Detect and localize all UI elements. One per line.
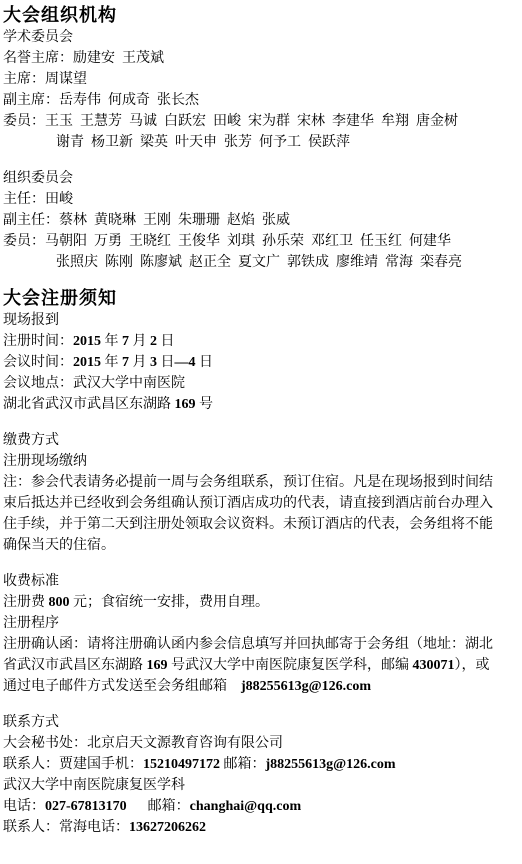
bold-text-segment: j88255613g@126.com bbox=[241, 679, 371, 694]
text-line: 联系方式 bbox=[3, 712, 520, 733]
text-segment: 省武汉市武昌区东湖路 bbox=[3, 658, 147, 673]
paragraph-spacer bbox=[3, 697, 520, 712]
text-segment: 注册费 bbox=[3, 595, 49, 610]
text-line: 通过电子邮件方式发送至会务组邮箱 j88255613g@126.com bbox=[3, 676, 520, 697]
text-line: 大会秘书处：北京启天文源教育咨询有限公司 bbox=[3, 733, 520, 754]
text-line: 注：参会代表请务必提前一周与会务组联系，预订住宿。凡是在现场报到时间结 bbox=[3, 472, 520, 493]
text-line: 联系人：常海电话：13627206262 bbox=[3, 817, 520, 838]
text-segment: 会议时间： bbox=[3, 355, 73, 370]
text-segment: 张照庆 陈刚 陈廖斌 赵正全 夏文广 郭铁成 廖维靖 常海 栾春亮 bbox=[56, 255, 462, 270]
text-line: 名誉主席：励建安 王茂斌 bbox=[3, 48, 520, 69]
text-segment: 委员：王玉 王慧芳 马诚 白跃宏 田峻 宋为群 宋林 李建华 牟翔 唐金树 bbox=[3, 114, 458, 129]
bold-text-segment: 2015 bbox=[73, 355, 101, 370]
bold-text-segment: 169 bbox=[175, 397, 196, 412]
paragraph-spacer bbox=[3, 273, 520, 288]
text-segment: 收费标准 bbox=[3, 574, 59, 589]
document-body: 大会组织机构学术委员会名誉主席：励建安 王茂斌主席：周谋望副主席：岳寿伟 何成奇… bbox=[3, 5, 520, 838]
text-segment: 号 bbox=[196, 397, 214, 412]
document-page: 大会组织机构学术委员会名誉主席：励建安 王茂斌主席：周谋望副主席：岳寿伟 何成奇… bbox=[0, 0, 522, 864]
text-segment: 年 bbox=[101, 355, 122, 370]
bold-text-segment: j88255613g@126.com bbox=[266, 757, 396, 772]
text-segment: 大会秘书处：北京启天文源教育咨询有限公司 bbox=[3, 736, 283, 751]
text-line: 会议地点：武汉大学中南医院 bbox=[3, 373, 520, 394]
text-line: 副主席：岳寿伟 何成奇 张长杰 bbox=[3, 90, 520, 111]
text-segment: 年 bbox=[101, 334, 122, 349]
text-line: 省武汉市武昌区东湖路 169 号武汉大学中南医院康复医学科，邮编 430071）… bbox=[3, 655, 520, 676]
text-line: 注册程序 bbox=[3, 613, 520, 634]
text-segment: 束后抵达并已经收到会务组确认预订酒店成功的代表，请直接到酒店前台办理入 bbox=[3, 496, 493, 511]
text-segment: 住手续，并于第二天到注册处领取会议资料。未预订酒店的代表，会务组将不能 bbox=[3, 517, 493, 532]
text-segment: 联系方式 bbox=[3, 715, 59, 730]
bold-text-segment: 大会组织机构 bbox=[3, 5, 117, 26]
text-segment: 注册现场缴纳 bbox=[3, 454, 87, 469]
text-line: 副主任：蔡林 黄晓琳 王刚 朱珊珊 赵焰 张威 bbox=[3, 210, 520, 231]
text-segment: 副主席：岳寿伟 何成奇 张长杰 bbox=[3, 93, 199, 108]
text-segment: 联系人：常海电话： bbox=[3, 820, 129, 835]
text-segment: 邮箱： bbox=[220, 757, 266, 772]
text-segment: 日 bbox=[157, 334, 175, 349]
bold-text-segment: 169 bbox=[147, 658, 168, 673]
bold-text-segment: 15210497172 bbox=[143, 757, 220, 772]
bold-text-segment: 大会注册须知 bbox=[3, 288, 117, 309]
text-line: 电话：027-67813170 邮箱：changhai@qq.com bbox=[3, 796, 520, 817]
text-segment: 湖北省武汉市武昌区东湖路 bbox=[3, 397, 175, 412]
text-line: 会议时间：2015 年 7 月 3 日—4 日 bbox=[3, 352, 520, 373]
bold-text-segment: 800 bbox=[49, 595, 70, 610]
text-segment: 主任：田峻 bbox=[3, 192, 73, 207]
section-heading: 大会注册须知 bbox=[3, 288, 520, 310]
text-segment: 武汉大学中南医院康复医学科 bbox=[3, 778, 185, 793]
text-segment: 注册确认函：请将注册确认函内参会信息填写并回执邮寄于会务组（地址：湖北 bbox=[3, 637, 493, 652]
text-line: 张照庆 陈刚 陈廖斌 赵正全 夏文广 郭铁成 廖维靖 常海 栾春亮 bbox=[3, 252, 520, 273]
text-segment: 名誉主席：励建安 王茂斌 bbox=[3, 51, 164, 66]
text-segment: 注：参会代表请务必提前一周与会务组联系，预订住宿。凡是在现场报到时间结 bbox=[3, 475, 493, 490]
text-segment: 副主任：蔡林 黄晓琳 王刚 朱珊珊 赵焰 张威 bbox=[3, 213, 290, 228]
text-segment: 元；食宿统一安排，费用自理。 bbox=[70, 595, 270, 610]
text-line: 确保当天的住宿。 bbox=[3, 535, 520, 556]
text-line: 武汉大学中南医院康复医学科 bbox=[3, 775, 520, 796]
bold-text-segment: 2015 bbox=[73, 334, 101, 349]
text-segment: 现场报到 bbox=[3, 313, 59, 328]
paragraph-spacer bbox=[3, 153, 520, 168]
text-line: 住手续，并于第二天到注册处领取会议资料。未预订酒店的代表，会务组将不能 bbox=[3, 514, 520, 535]
text-line: 湖北省武汉市武昌区东湖路 169 号 bbox=[3, 394, 520, 415]
text-segment: 委员：马朝阳 万勇 王晓红 王俊华 刘琪 孙乐荣 邓红卫 任玉红 何建华 bbox=[3, 234, 451, 249]
text-line: 收费标准 bbox=[3, 571, 520, 592]
text-line: 委员：马朝阳 万勇 王晓红 王俊华 刘琪 孙乐荣 邓红卫 任玉红 何建华 bbox=[3, 231, 520, 252]
text-segment: 学术委员会 bbox=[3, 30, 73, 45]
text-segment: 主席：周谋望 bbox=[3, 72, 87, 87]
text-segment: 号武汉大学中南医院康复医学科，邮编 bbox=[168, 658, 413, 673]
paragraph-spacer bbox=[3, 556, 520, 571]
text-line: 注册费 800 元；食宿统一安排，费用自理。 bbox=[3, 592, 520, 613]
text-line: 注册确认函：请将注册确认函内参会信息填写并回执邮寄于会务组（地址：湖北 bbox=[3, 634, 520, 655]
text-segment: 会议地点：武汉大学中南医院 bbox=[3, 376, 185, 391]
text-segment: 通过电子邮件方式发送至会务组邮箱 bbox=[3, 679, 241, 694]
text-line: 主任：田峻 bbox=[3, 189, 520, 210]
text-segment: 谢青 杨卫新 梁英 叶天申 张芳 何予工 侯跃萍 bbox=[56, 135, 350, 150]
text-line: 现场报到 bbox=[3, 310, 520, 331]
text-segment: 联系人：贾建国手机： bbox=[3, 757, 143, 772]
text-line: 学术委员会 bbox=[3, 27, 520, 48]
text-segment: 注册程序 bbox=[3, 616, 59, 631]
text-segment: 邮箱： bbox=[127, 799, 190, 814]
text-line: 主席：周谋望 bbox=[3, 69, 520, 90]
bold-text-segment: 7 bbox=[122, 334, 129, 349]
text-segment: 确保当天的住宿。 bbox=[3, 538, 115, 553]
text-line: 束后抵达并已经收到会务组确认预订酒店成功的代表，请直接到酒店前台办理入 bbox=[3, 493, 520, 514]
text-segment: 月 bbox=[129, 355, 150, 370]
text-line: 联系人：贾建国手机：15210497172 邮箱：j88255613g@126.… bbox=[3, 754, 520, 775]
text-segment: 月 bbox=[129, 334, 150, 349]
text-segment: ），或 bbox=[455, 658, 490, 673]
bold-text-segment: 027-67813170 bbox=[45, 799, 127, 814]
bold-text-segment: 430071 bbox=[413, 658, 455, 673]
text-segment: 缴费方式 bbox=[3, 433, 59, 448]
bold-text-segment: 2 bbox=[150, 334, 157, 349]
text-segment: 组织委员会 bbox=[3, 171, 73, 186]
text-segment: 电话： bbox=[3, 799, 45, 814]
text-segment: 日 bbox=[196, 355, 214, 370]
bold-text-segment: 3 bbox=[150, 355, 157, 370]
paragraph-spacer bbox=[3, 415, 520, 430]
text-line: 谢青 杨卫新 梁英 叶天申 张芳 何予工 侯跃萍 bbox=[3, 132, 520, 153]
bold-text-segment: changhai@qq.com bbox=[190, 799, 301, 814]
text-line: 委员：王玉 王慧芳 马诚 白跃宏 田峻 宋为群 宋林 李建华 牟翔 唐金树 bbox=[3, 111, 520, 132]
bold-text-segment: 13627206262 bbox=[129, 820, 206, 835]
section-heading: 大会组织机构 bbox=[3, 5, 520, 27]
text-line: 注册时间：2015 年 7 月 2 日 bbox=[3, 331, 520, 352]
bold-text-segment: —4 bbox=[175, 355, 196, 370]
text-line: 缴费方式 bbox=[3, 430, 520, 451]
bold-text-segment: 7 bbox=[122, 355, 129, 370]
text-line: 组织委员会 bbox=[3, 168, 520, 189]
text-line: 注册现场缴纳 bbox=[3, 451, 520, 472]
text-segment: 注册时间： bbox=[3, 334, 73, 349]
text-segment: 日 bbox=[157, 355, 175, 370]
